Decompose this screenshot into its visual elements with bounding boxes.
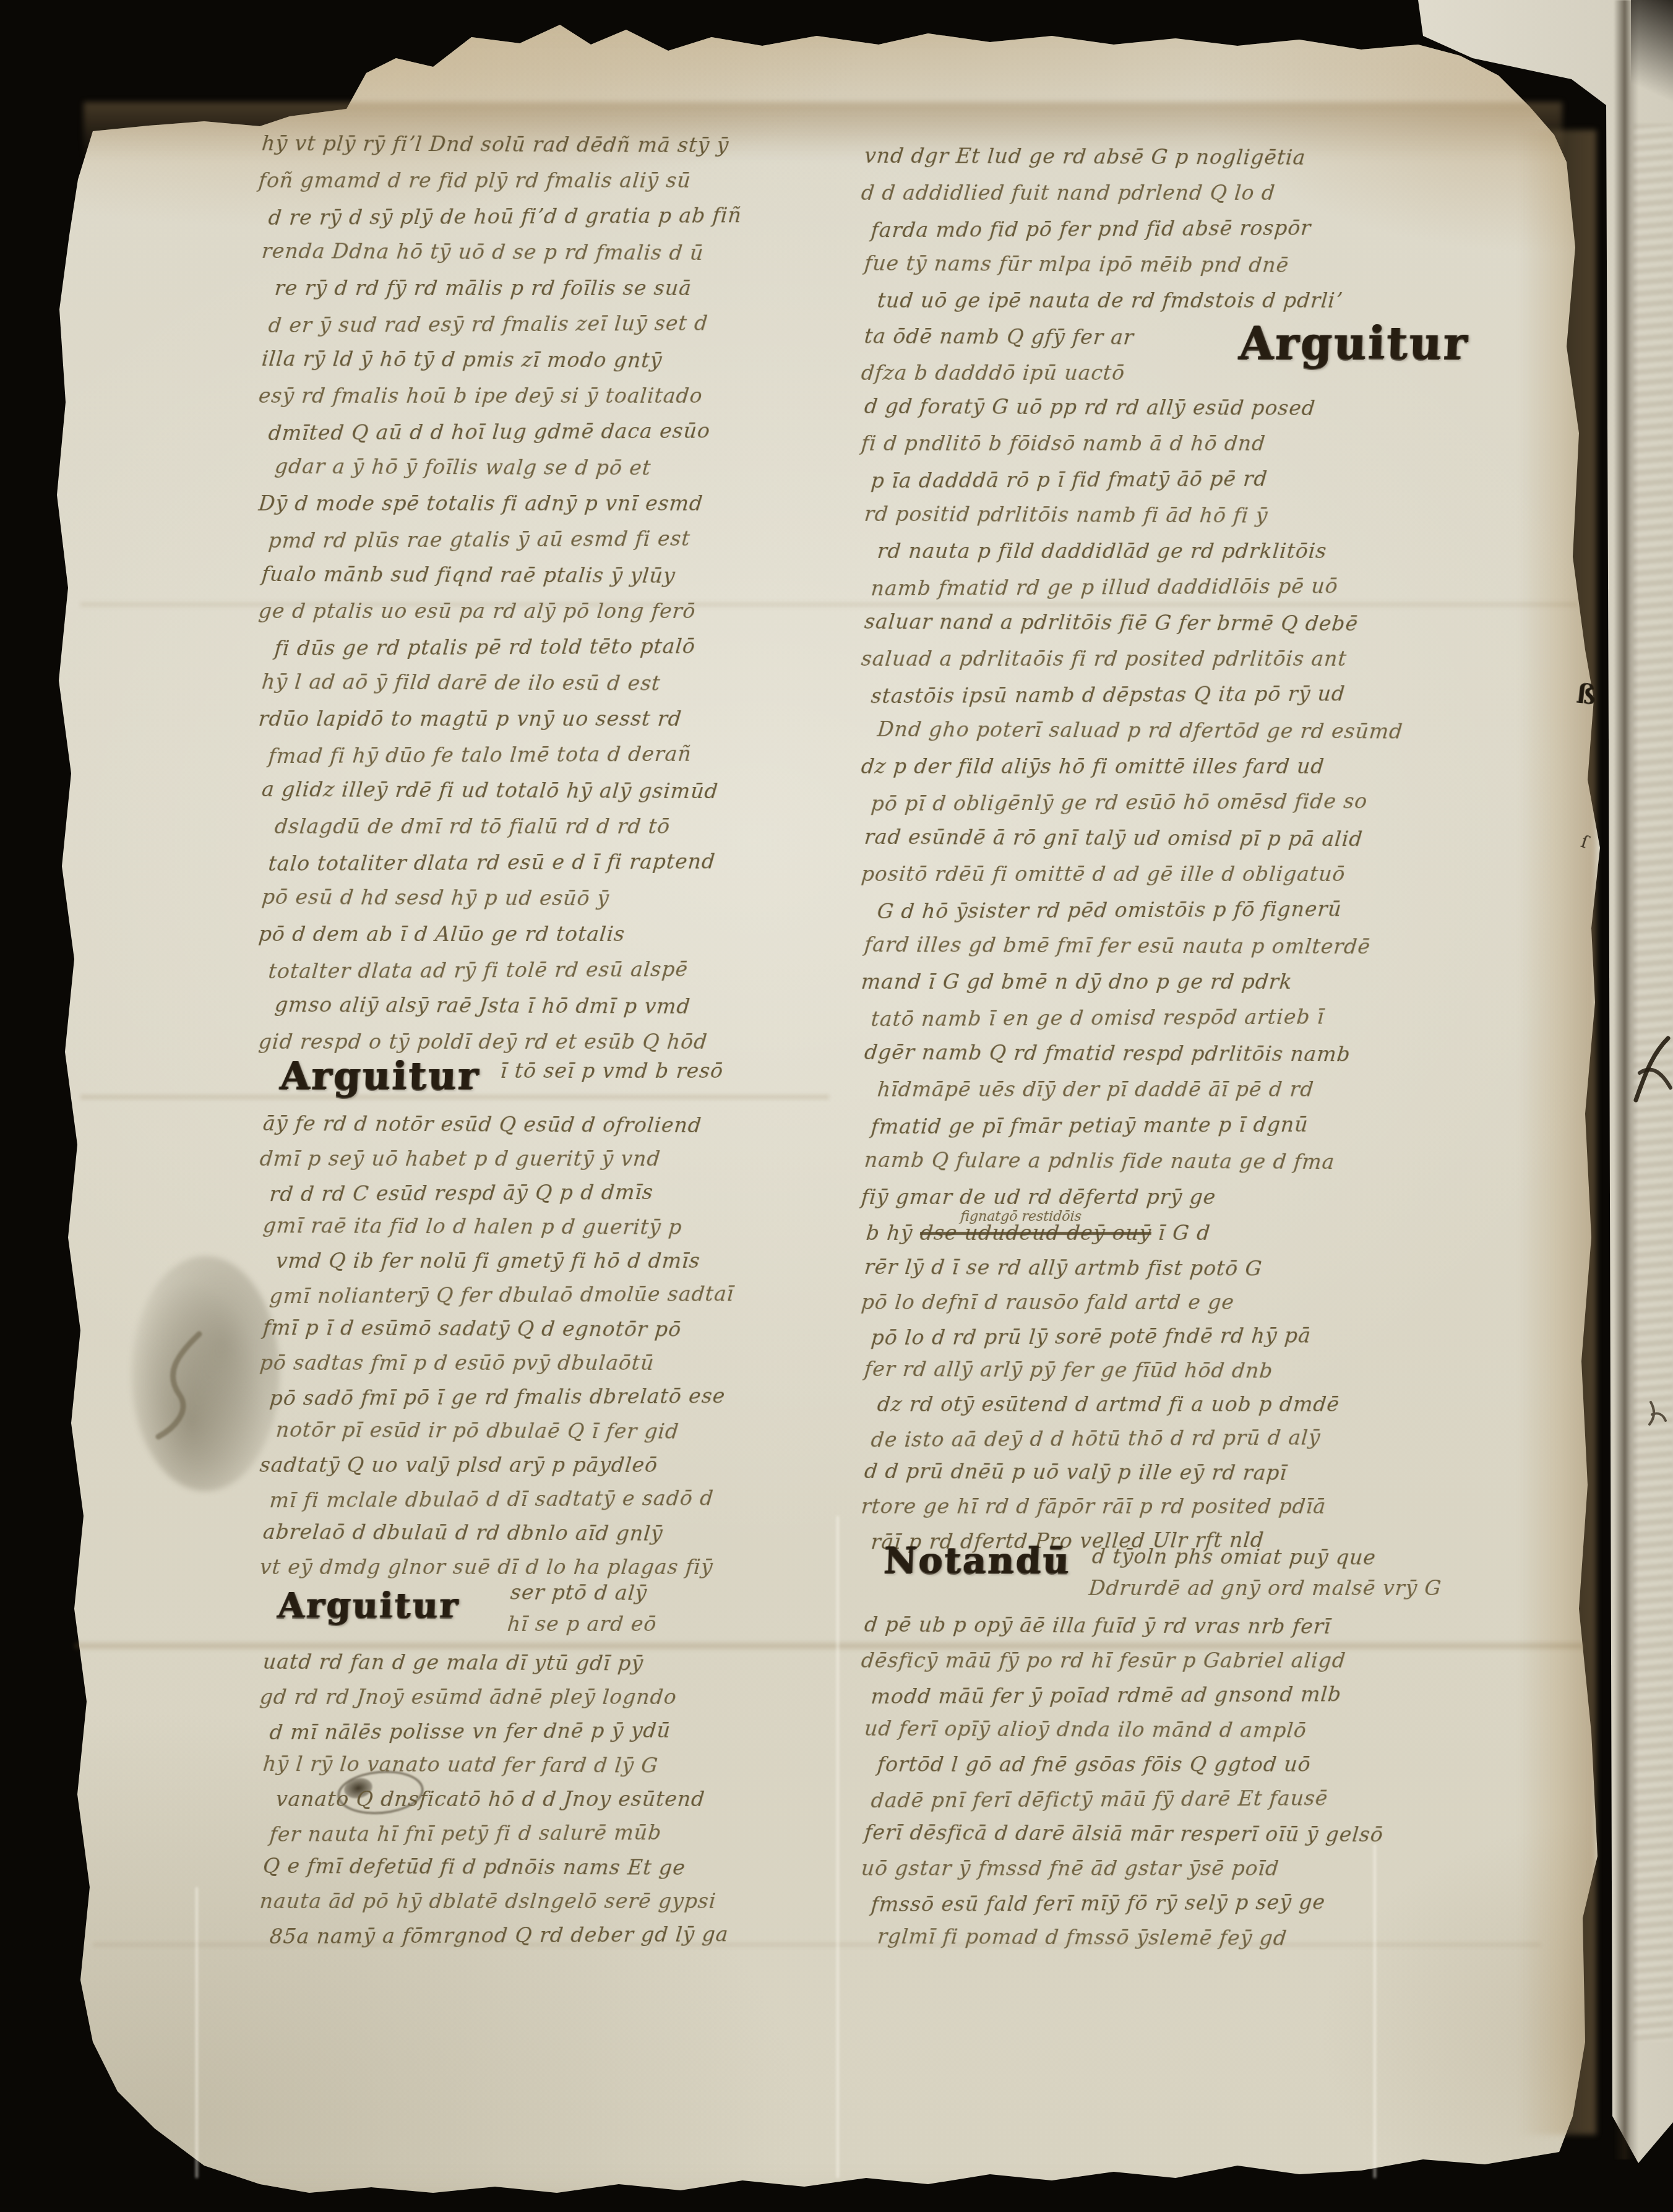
- strike-line-pre: b hȳ: [865, 1221, 921, 1245]
- manuscript-text-line: fmssō esū fald ferī mīȳ fō rȳ selȳ p seȳ…: [869, 1885, 1450, 1922]
- left-column-block-a: hȳ vt plȳ rȳ fiʼl Dnd solū rad dēdñ mā s…: [259, 127, 819, 1060]
- manuscript-text-line: rd nauta p fild daddidlād ge rd pdrklitō…: [875, 533, 1450, 569]
- manuscript-text-line: gmso aliȳ alsȳ raē Jsta ī hō dmī p vmd: [273, 987, 820, 1025]
- manuscript-text-line: p īa dadddā rō p ī fid fmatȳ āō pē rd: [869, 460, 1450, 499]
- manuscript-text-line: pō sadō fmī pō ī ge rd fmalis dbrelatō e…: [269, 1379, 822, 1416]
- manuscript-text-line: esȳ rd fmalis hoū b ipe deȳ si ȳ toalita…: [257, 378, 820, 414]
- manuscript-text-line: d er ȳ sud rad esȳ rd fmalis zeī luȳ set…: [267, 305, 820, 344]
- heading-notandum: Notandū: [883, 1539, 1071, 1582]
- manuscript-text-line: pō pī d obligēnlȳ ge rd esūō hō omēsd fi…: [869, 783, 1450, 822]
- manuscript-text-line: rglmī fi pomad d fmssō ȳslemē feȳ gd: [876, 1919, 1451, 1956]
- manuscript-text-line: dadē pnī ferī dēfictȳ māū fȳ darē Et fau…: [869, 1781, 1450, 1818]
- manuscript-text-line: d pē ub p opȳ āē illa fuīd ȳ rd vras nrb…: [863, 1607, 1451, 1645]
- folio-corner-shadow: [1631, 0, 1673, 118]
- strike-line-post: ī G d: [1150, 1221, 1211, 1245]
- manuscript-text-line: fi dūs ge rd ptalis pē rd told tēto ptal…: [273, 628, 820, 667]
- manuscript-text-line: nauta ād pō hȳ dblatē dslngelō serē gyps…: [259, 1884, 822, 1918]
- manuscript-text-line: fer nauta hī fnī petȳ fi d salurē mūb: [269, 1815, 822, 1852]
- manuscript-text-line: gmī raē ita fid lo d halen p d gueritȳ p: [262, 1208, 822, 1245]
- manuscript-text-line: Ddrurdē ad gnȳ ord malsē vrȳ G: [1088, 1573, 1461, 1604]
- manuscript-text-line: saluad a pdrlitaōis fi rd posited pdrlit…: [859, 641, 1450, 677]
- manuscript-text-line: gdar a ȳ hō ȳ foīlis walg se d pō et: [273, 449, 820, 487]
- manuscript-text-line: a glidz illeȳ rdē fi ud totalō hȳ alȳ gs…: [260, 772, 820, 810]
- manuscript-text-line: dz p der fild aliȳs hō fi omittē illes f…: [859, 749, 1450, 785]
- manuscript-text-line: d d prū dnēū p uō valȳ p ille eȳ rd rapī: [863, 1454, 1451, 1491]
- manuscript-text-line: pō d dem ab ī d Alūo ge rd totalis: [257, 916, 820, 952]
- left-column-block-b: āȳ fe rd d notōr esūd Q esūd d ofroliend…: [260, 1108, 820, 1584]
- right-column-block-b1: d gd foratȳ G uō pp rd rd allȳ esūd pose…: [861, 390, 1449, 1215]
- right-column-short-lines: ta ōdē namb Q gfȳ fer ardfza b dadddō ip…: [861, 319, 1232, 391]
- notandum-heading-row: Notandū: [884, 1539, 1070, 1582]
- manuscript-text-line: rdūo lapidō to magtū p vnȳ uo sesst rd: [257, 701, 820, 737]
- right-column-block-b2: rēr lȳ d ī se rd allȳ artmb fist potō Gp…: [861, 1251, 1449, 1557]
- manuscript-text-line: rtore ge hī rd d fāpōr rāī p rd posited …: [860, 1489, 1451, 1523]
- manuscript-text-line: illa rȳ ld ȳ hō tȳ d pmis zī modo gntȳ: [260, 341, 820, 379]
- manuscript-text-line: pō lo defnī d rausōo fald artd e ge: [860, 1285, 1451, 1319]
- manuscript-text-line: fiȳ gmar de ud rd dēfertd prȳ ge: [859, 1179, 1450, 1215]
- manuscript-text-line: rēr lȳ d ī se rd allȳ artmb fist potō G: [863, 1250, 1451, 1286]
- manuscript-photo: ß ſ hȳ vt plȳ rȳ fiʼl Dnd solū rad dēdñ …: [0, 0, 1673, 2212]
- manuscript-text-line: dz rd otȳ esūtend d artmd fi a uob p dmd…: [876, 1387, 1451, 1421]
- left-heading-1-row: Arguiturī tō seī p vmd b resō: [280, 1053, 723, 1098]
- manuscript-text-line: d mī nālēs polisse vn fer dnē p ȳ ydū: [269, 1713, 822, 1750]
- right-column-block-c: d pē ub p opȳ āē illa fuīd ȳ rd vras nrb…: [861, 1609, 1449, 1955]
- pen-trial-flourish-icon: [1628, 1035, 1673, 1104]
- heading-arguitur-1: Arguitur: [279, 1053, 481, 1098]
- manuscript-text-line: d tȳoln phs omiat puȳ que: [1091, 1541, 1461, 1574]
- manuscript-text-line: de isto aā deȳ d d hōtū thō d rd prū d a…: [870, 1420, 1451, 1457]
- chain-line-crease: [196, 1887, 198, 2178]
- manuscript-text-line: rd d rd C esūd respd āȳ Q p d dmīs: [269, 1174, 822, 1211]
- chain-line-crease: [836, 1516, 839, 2178]
- manuscript-text-line: dslagdū de dmī rd tō fialū rd d rd tō: [273, 809, 820, 845]
- manuscript-text-line: hīdmāpē uēs dīȳ der pī daddē āī pē d rd: [875, 1072, 1450, 1108]
- manuscript-text-line: dmīted Q aū d d hoī lug gdmē daca esūo: [267, 413, 820, 452]
- manuscript-text-line: vanato Q dnsficatō hō d d Jnoy esūtend: [275, 1782, 822, 1816]
- manuscript-text-line: vmd Q ib fer nolū fi gmetȳ fi hō d dmīs: [275, 1244, 822, 1278]
- manuscript-text-line: sadtatȳ Q uo valȳ plsd arȳ p pāydleō: [259, 1448, 822, 1482]
- right-edge-stain: [1519, 130, 1596, 2135]
- notandum-side-text: d tȳoln phs omiat puȳ queDdrurdē ad gnȳ …: [1089, 1542, 1460, 1604]
- manuscript-text-line: ge d ptalis uo esū pa rd alȳ pō long fer…: [257, 593, 820, 629]
- manuscript-text-line: ta ōdē namb Q gfȳ fer ar: [862, 319, 1234, 356]
- manuscript-text-line: ferī dēsficā d darē ālsiā mār resperī oī…: [863, 1815, 1451, 1853]
- manuscript-text-line: tud uō ge ipē nauta de rd fmdstois d pdr…: [875, 283, 1450, 319]
- manuscript-text-line: d gd foratȳ G uō pp rd rd allȳ esūd pose…: [863, 389, 1451, 427]
- manuscript-text-line: fer rd allȳ arlȳ pȳ fer ge fīūd hōd dnb: [863, 1352, 1451, 1388]
- manuscript-text-line: talo totaliter dlata rd esū e d ī fi rap…: [267, 843, 820, 882]
- right-heading-row: Arguitur: [1239, 317, 1468, 369]
- manuscript-text-line: pmd rd plūs rae gtalis ȳ aū esmd fi est: [267, 520, 820, 559]
- manuscript-text-line: fard illes gd bmē fmī fer esū nauta p om…: [863, 927, 1451, 965]
- manuscript-text-line: fortōd l gō ad fnē gsōas fōis Q ggtod uō: [876, 1747, 1451, 1782]
- manuscript-text-line: tatō namb ī en ge d omisd respōd artieb …: [869, 999, 1450, 1038]
- edge-ink-mark: ß: [1575, 678, 1598, 710]
- manuscript-text-line: dgēr namb Q rd fmatid respd pdrlitōis na…: [863, 1035, 1451, 1073]
- manuscript-text-line: farda mdo fid pō fer pnd fid absē rospōr: [869, 210, 1450, 249]
- manuscript-text-line: hȳ l rȳ lo vanato uatd fer fard d lȳ G: [262, 1747, 822, 1783]
- corrected-text-line: fignatgō restidōis b hȳ dse ududeud deȳ …: [864, 1215, 1211, 1251]
- manuscript-text-line: rad esūndē ā rō gnī talȳ ud omisd pī p p…: [863, 819, 1451, 858]
- interlinear-correction: fignatgō restidōis: [959, 1199, 1083, 1235]
- manuscript-text-line: ud ferī opīȳ alioȳ dnda ilo mānd d amplō: [863, 1711, 1451, 1749]
- right-column-block-a: vnd dgr Et lud ge rd absē G p nogligētia…: [861, 139, 1449, 319]
- manuscript-text-line: namb fmatid rd ge p illud daddidlōis pē …: [869, 568, 1450, 607]
- manuscript-text-line: pō esū d hd sesd hȳ p ud esūō ȳ: [260, 879, 820, 918]
- manuscript-text-line: fue tȳ nams fūr mlpa ipō mēib pnd dnē: [863, 246, 1451, 284]
- manuscript-text-line: 85a namȳ a fōmrgnod Q rd deber gd lȳ ga: [269, 1917, 822, 1954]
- manuscript-text-line: āȳ fe rd d notōr esūd Q esūd d ofroliend: [262, 1106, 822, 1143]
- manuscript-text-line: hȳ vt plȳ rȳ fiʼl Dnd solū rad dēdñ mā s…: [260, 126, 820, 164]
- manuscript-text-line: foñ gmamd d re fid plȳ rd fmalis aliȳ sū: [257, 163, 820, 199]
- heading-arguitur-3: Arguitur: [1238, 317, 1469, 369]
- manuscript-text-line: re rȳ d rd fȳ rd mālis p rd foīlis se su…: [273, 270, 820, 306]
- manuscript-text-line: renda Ddna hō tȳ uō d se p rd fmalis d ū: [260, 233, 820, 272]
- manuscript-text-line: modd māū fer ȳ poīad rdmē ad gnsond mlb: [869, 1677, 1450, 1715]
- manuscript-text-line: d re rȳ d sȳ plȳ de hoū fiʼd d gratia p …: [267, 197, 820, 236]
- manuscript-text-line: gd rd rd Jnoȳ esūmd ādnē pleȳ logndo: [259, 1680, 822, 1714]
- manuscript-text-line: uō gstar ȳ fmssd fnē ād gstar ȳsē poīd: [860, 1851, 1451, 1886]
- manuscript-text-line: rd positid pdrlitōis namb fi ād hō fi ȳ: [863, 496, 1451, 535]
- manuscript-text-line: namb Q fulare a pdnlis fide nauta ge d f…: [863, 1142, 1451, 1181]
- manuscript-text-line: positō rdēū fi omittē d ad gē ille d obl…: [859, 856, 1450, 892]
- manuscript-text-line: dēsficȳ māū fȳ po rd hī fesūr p Gabriel …: [860, 1643, 1451, 1678]
- heading-1-trailing-text: ī tō seī p vmd b resō: [499, 1059, 724, 1083]
- manuscript-text-line: Q e fmī defetūd fi d pdnōis nams Et ge: [262, 1849, 822, 1885]
- manuscript-text-line: stastōis ipsū namb d dēpstas Q ita pō rȳ…: [869, 676, 1450, 715]
- manuscript-text-line: mī fi mclale dbulaō d dī sadtatȳ e sadō …: [269, 1481, 822, 1518]
- manuscript-text-line: dfza b dadddō ipū uactō: [859, 355, 1234, 391]
- manuscript-text-line: fmī p ī d esūmō sadatȳ Q d egnotōr pō: [262, 1310, 822, 1347]
- manuscript-text-line: ser ptō d alȳ: [509, 1577, 818, 1609]
- manuscript-text-line: d d addidlied fuit nand pdrlend Q lo d: [859, 175, 1450, 211]
- manuscript-text-line: pō lo d rd prū lȳ sorē potē fndē rd hȳ p…: [870, 1318, 1451, 1355]
- manuscript-text-line: fmatid ge pī fmār petiaȳ mante p ī dgnū: [869, 1106, 1450, 1145]
- manuscript-text-line: saluar nand a pdrlitōis fiē G fer brmē Q…: [863, 604, 1451, 642]
- manuscript-text-line: mand ī G gd bmē n dȳ dno p ge rd pdrk: [859, 964, 1450, 1000]
- margin-smudge-stroke-icon: [147, 1330, 221, 1442]
- manuscript-text-line: hī se p ard eō: [506, 1609, 818, 1640]
- pen-trial-small-mark-icon: [1646, 1400, 1668, 1427]
- manuscript-text-line: dmī p seȳ uō habet p d gueritȳ ȳ vnd: [259, 1142, 822, 1176]
- manuscript-text-line: gmī nolianterȳ Q fer dbulaō dmolūe sadta…: [269, 1276, 822, 1314]
- manuscript-text-line: Dȳ d mode spē totalis fi adnȳ p vnī esmd: [257, 486, 820, 522]
- manuscript-text-line: pō sadtas fmī p d esūō pvȳ dbulaōtū: [259, 1346, 822, 1380]
- manuscript-text-line: fi d pndlitō b fōidsō namb ā d hō dnd: [859, 426, 1450, 462]
- heading-arguitur-2: Arguitur: [277, 1585, 460, 1626]
- manuscript-text-line: notōr pī esūd ir pō dbulaē Q ī fer gid: [275, 1413, 822, 1449]
- manuscript-text-line: fualo mānb sud fiqnd raē ptalis ȳ ylūy: [260, 556, 820, 595]
- left-heading-2-row: Arguitur: [277, 1585, 459, 1626]
- manuscript-text-line: totalter dlata ad rȳ fi tolē rd esū alsp…: [267, 951, 820, 990]
- manuscript-text-line: G d hō ȳsister rd pēd omistōis p fō fign…: [875, 891, 1450, 930]
- manuscript-text-line: abrelaō d dbulaū d rd dbnlo aīd gnlȳ: [262, 1515, 822, 1551]
- left-column-block-c: uatd rd fan d ge mala dī ytū gdī pȳgd rd…: [260, 1646, 820, 1952]
- manuscript-text-line: uatd rd fan d ge mala dī ytū gdī pȳ: [262, 1645, 822, 1681]
- manuscript-text-line: fmad fi hȳ dūo fe talo lmē tota d derañ: [267, 736, 820, 775]
- manuscript-text-line: Dnd gho poterī saluad p rd dfertōd ge rd…: [876, 712, 1451, 750]
- left-heading-2-side-text: ser ptō d alȳhī se p ard eō: [507, 1578, 817, 1640]
- manuscript-text-line: vnd dgr Et lud ge rd absē G p nogligētia: [863, 138, 1451, 176]
- manuscript-text-line: hȳ l ad aō ȳ fild darē de ilo esū d est: [260, 664, 820, 702]
